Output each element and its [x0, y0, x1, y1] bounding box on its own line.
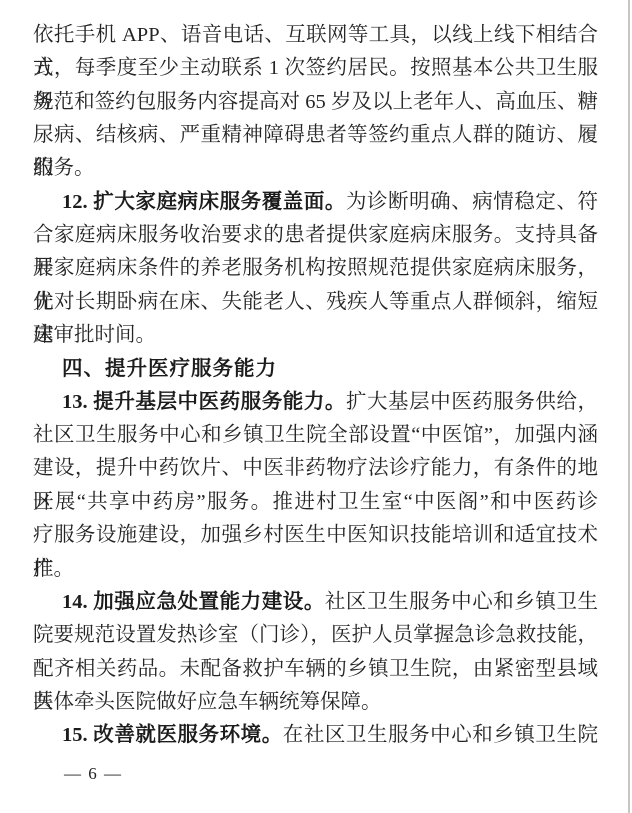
num-heading: 12. 扩大家庭病床服务覆盖面。 — [62, 191, 346, 213]
text-line: 先对长期卧病在床、失能老人、残疾人等重点人群倾斜，缩短建 — [33, 286, 598, 319]
body-text: 广。 — [33, 558, 74, 580]
text-line: 床审批时间。 — [33, 319, 598, 352]
body-text: 扩大基层中医药服务供给， — [346, 391, 598, 413]
text-line: 13. 提升基层中医药服务能力。扩大基层中医药服务供给， — [33, 386, 598, 419]
text-line: 展家庭病床条件的养老服务机构按照规范提供家庭病床服务，优 — [33, 252, 598, 285]
text-line: 配齐相关药品。未配备救护车辆的乡镇卫生院，由紧密型县域医 — [33, 653, 598, 686]
text-line: 开展“共享中药房”服务。推进村卫生室“中医阁”和中医药诊 — [33, 486, 598, 519]
text-line: 疗服务设施建设，加强乡村医生中医知识技能培训和适宜技术推 — [33, 519, 598, 552]
text-line: 共体牵头医院做好应急车辆统筹保障。 — [33, 686, 598, 719]
text-line: 院要规范设置发热诊室（门诊），医护人员掌握急诊急救技能， — [33, 619, 598, 652]
body-text: 规范和签约包服务内容提高对 65 岁及以上老年人、高血压、糖 — [33, 91, 598, 113]
text-line: 广。 — [33, 553, 598, 586]
document-text-block: 依托手机 APP、语音电话、互联网等工具，以线上线下相结合方式，每季度至少主动联… — [33, 19, 598, 753]
body-text: 为诊断明确、病情稳定、符 — [346, 191, 598, 213]
body-text: 服务。 — [33, 157, 95, 179]
body-text: 共体牵头医院做好应急车辆统筹保障。 — [33, 691, 382, 713]
num-heading: 13. 提升基层中医药服务能力。 — [62, 391, 346, 413]
page-number: — 6 — — [64, 764, 123, 784]
text-line: 15. 改善就医服务环境。在社区卫生服务中心和乡镇卫生院 — [33, 719, 598, 752]
body-text: 在社区卫生服务中心和乡镇卫生院 — [283, 724, 598, 746]
section-heading: 四、提升医疗服务能力 — [62, 357, 277, 380]
body-text: 社区卫生服务中心和乡镇卫生 — [325, 591, 598, 613]
body-text: 社区卫生服务中心和乡镇卫生院全部设置“中医馆”，加强内涵 — [33, 424, 598, 446]
text-line: 服务。 — [33, 152, 598, 185]
text-line: 12. 扩大家庭病床服务覆盖面。为诊断明确、病情稳定、符 — [33, 186, 598, 219]
text-line: 社区卫生服务中心和乡镇卫生院全部设置“中医馆”，加强内涵 — [33, 419, 598, 452]
text-line: 规范和签约包服务内容提高对 65 岁及以上老年人、高血压、糖 — [33, 86, 598, 119]
body-text: 床审批时间。 — [33, 324, 156, 346]
text-line: 14. 加强应急处置能力建设。社区卫生服务中心和乡镇卫生 — [33, 586, 598, 619]
body-text: 开展“共享中药房”服务。推进村卫生室“中医阁”和中医药诊 — [33, 491, 598, 513]
num-heading: 14. 加强应急处置能力建设。 — [62, 591, 325, 613]
num-heading: 15. 改善就医服务环境。 — [62, 724, 283, 746]
text-line: 尿病、结核病、严重精神障碍患者等签约重点人群的随访、履约 — [33, 119, 598, 152]
text-line: 式，每季度至少主动联系 1 次签约居民。按照基本公共卫生服务 — [33, 52, 598, 85]
page-edge-line — [628, 0, 630, 813]
body-text: 院要规范设置发热诊室（门诊），医护人员掌握急诊急救技能， — [33, 624, 598, 646]
text-line: 建设，提升中药饮片、中医非药物疗法诊疗能力，有条件的地区 — [33, 452, 598, 485]
text-line: 依托手机 APP、语音电话、互联网等工具，以线上线下相结合方 — [33, 19, 598, 52]
text-line: 合家庭病床服务收治要求的患者提供家庭病床服务。支持具备开 — [33, 219, 598, 252]
text-line: 四、提升医疗服务能力 — [33, 352, 598, 385]
